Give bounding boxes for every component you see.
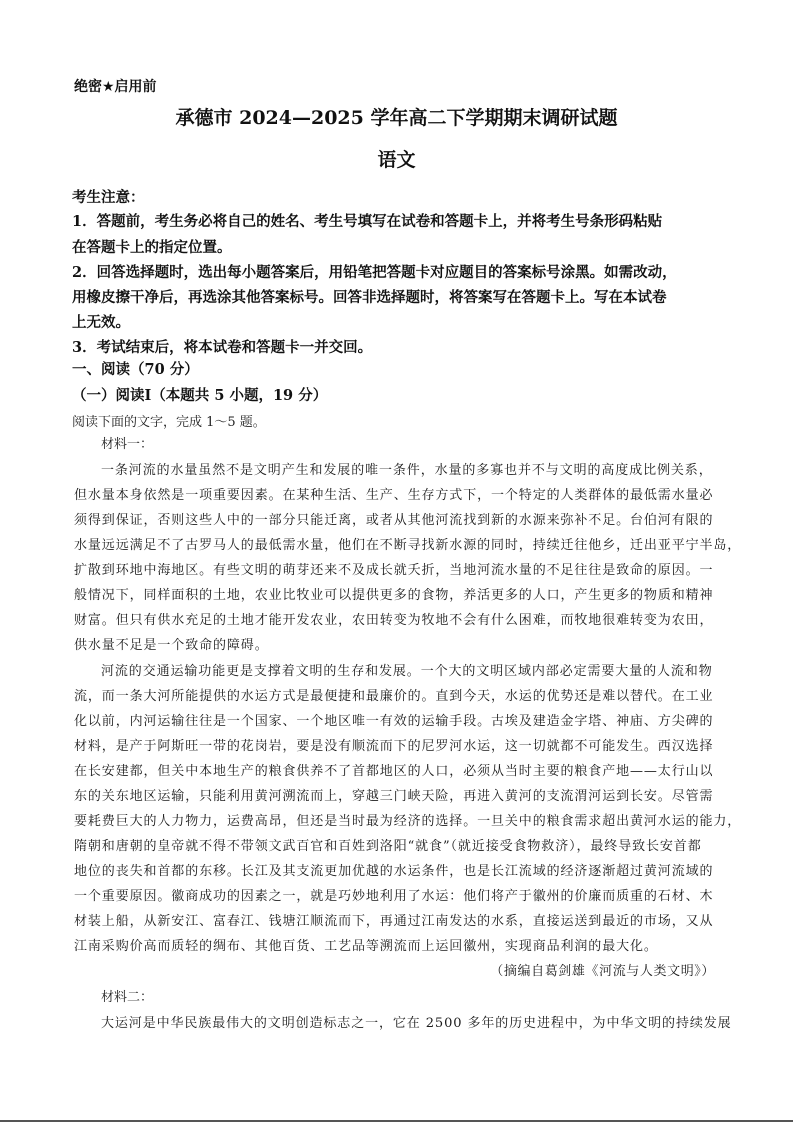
passage-line: 大运河是中华民族最伟大的文明创造标志之一，它在 2500 多年的历史进程中，为中…	[101, 1012, 732, 1031]
passage-line: 江南采购价高而质轻的绸布、其他百货、工艺品等溯流而上运回徽州，实现商品利润的最大…	[74, 935, 658, 954]
passage-line: 一条河流的水量虽然不是文明产生和发展的唯一条件，水量的多寡也并不与文明的高度成比…	[101, 459, 713, 478]
passage-line: 流，而一条大河所能提供的水运方式是最便捷和最廉价的。直到今天，水运的优势还是难以…	[74, 685, 713, 704]
passage-line: 水量远远满足不了古罗马人的最低需水量，他们在不断寻找新水源的同时，持续迁往他乡，…	[74, 534, 741, 553]
passage-line: 须得到保证，否则这些人中的一部分只能迁离，或者从其他河流找到新的水源来弥补不足。…	[74, 509, 713, 528]
source-citation: （摘编自葛剑雄《河流与人类文明》）	[490, 960, 715, 979]
passage-line: 财富。但只有供水充足的土地才能开发农业，农田转变为牧地不会有什么困难，而牧地很难…	[74, 609, 713, 628]
notice-heading: 考生注意：	[72, 186, 145, 207]
notice-line: 在答题卡上的指定位置。	[72, 236, 232, 257]
passage-line: 般情况下，同样面积的土地，农业比牧业可以提供更多的食物，养活更多的人口，产生更多…	[74, 584, 713, 603]
material-label: 材料二：	[101, 986, 153, 1005]
exam-page: 绝密★启用前 承德市 2024—2025 学年高二下学期期末调研试题 语文 考生…	[0, 0, 793, 1122]
material-label: 材料一：	[101, 433, 153, 452]
subsection-heading: （一）阅读Ⅰ（本题共 5 小题，19 分）	[72, 384, 327, 405]
exam-title: 承德市 2024—2025 学年高二下学期期末调研试题	[0, 103, 793, 130]
notice-line: 1．答题前，考生务必将自己的姓名、考生号填写在试卷和答题卡上，并将考生号条形码粘…	[72, 210, 662, 231]
notice-line: 3．考试结束后，将本试卷和答题卡一并交回。	[72, 336, 372, 357]
notice-line: 2．回答选择题时，选出每小题答案后，用铅笔把答题卡对应题目的答案标号涂黑。如需改…	[72, 261, 677, 282]
reading-instruction: 阅读下面的文字，完成 1～5 题。	[72, 411, 266, 430]
passage-line: 隋朝和唐朝的皇帝就不得不带领文武百官和百姓到洛阳“就食”（就近接受食物救济），最…	[74, 835, 702, 854]
notice-line: 上无效。	[72, 311, 130, 332]
passage-line: 河流的交通运输功能更是支撑着文明的生存和发展。一个大的文明区域内部必定需要大量的…	[101, 660, 713, 679]
passage-line: 但水量本身依然是一项重要因素。在某种生活、生产、生存方式下，一个特定的人类群体的…	[74, 484, 713, 503]
passage-line: 一个重要原因。徽商成功的因素之一，就是巧妙地利用了水运：他们将产于徽州的价廉而质…	[74, 885, 713, 904]
passage-line: 材料，是产于阿斯旺一带的花岗岩，要是没有顺流而下的尼罗河水运，这一切就都不可能发…	[74, 735, 713, 754]
passage-line: 材装上船，从新安江、富春江、钱塘江顺流而下，再通过江南发达的水系，直接运送到最近…	[74, 910, 713, 929]
passage-line: 供水量不足是一个致命的障碍。	[74, 634, 269, 653]
exam-subject: 语文	[0, 145, 793, 172]
confidential-mark: 绝密★启用前	[74, 76, 157, 96]
passage-line: 扩散到环地中海地区。有些文明的萌芽还来不及成长就夭折，当地河流水量的不足往往是致…	[74, 559, 713, 578]
passage-line: 化以前，内河运输往往是一个国家、一个地区唯一有效的运输手段。古埃及建造金字塔、神…	[74, 710, 713, 729]
passage-line: 地位的丧失和首都的东移。长江及其支流更加优越的水运条件，也是长江流域的经济逐渐超…	[74, 860, 713, 879]
passage-line: 在长安建都，但关中本地生产的粮食供养不了首都地区的人口，必须从当时主要的粮食产地…	[74, 760, 713, 779]
notice-line: 用橡皮擦干净后，再选涂其他答案标号。回答非选择题时，将答案写在答题卡上。写在本试…	[72, 286, 667, 307]
section-heading: 一、阅读（70 分）	[72, 358, 199, 379]
passage-line: 东的关东地区运输，只能利用黄河溯流而上，穿越三门峡天险，再进入黄河的支流渭河运到…	[74, 785, 713, 804]
passage-line: 要耗费巨大的人力物力，运费高昂，但还是当时最为经济的选择。一旦关中的粮食需求超出…	[74, 810, 741, 829]
